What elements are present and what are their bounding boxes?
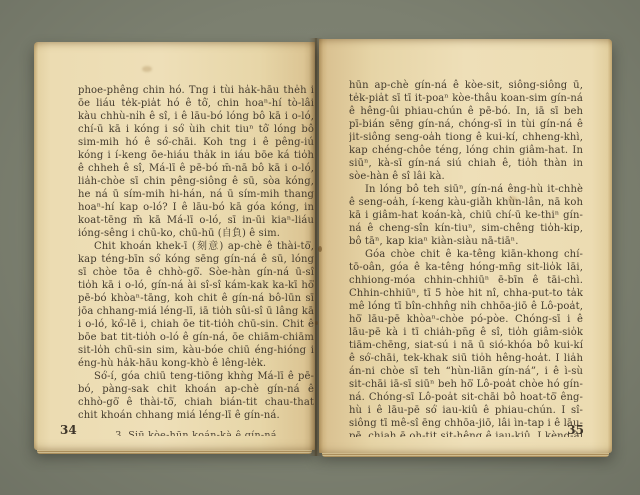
page-right: hūn ap-chè gín-ná ê kòe-sit, siông-siông…	[319, 39, 612, 453]
book-spine	[309, 38, 323, 456]
page-number-left: 34	[60, 423, 77, 437]
page-number-right: 35	[567, 423, 584, 437]
section-heading: 3. Siū kòe-hūn koán-kà ê gín-ná	[78, 429, 314, 436]
right-page-text: hūn ap-chè gín-ná ê kòe-sit, siông-siông…	[349, 79, 583, 437]
paragraph: In lóng bô teh siūⁿ, gín-ná êng-hù it-ch…	[349, 183, 583, 248]
page-left: phoe-phêng chin hó. Tng i tùi ha̍k-hāu t…	[34, 42, 315, 450]
paragraph: Só͘-í, góa chiū teng-tiōng khǹg Má-lī ê …	[78, 370, 314, 422]
paragraph: Góa chòe chit ê ka-têng kiān-khong chí-t…	[349, 248, 583, 437]
paragraph: phoe-phêng chin hó. Tng i tùi ha̍k-hāu t…	[78, 84, 314, 240]
open-book: phoe-phêng chin hó. Tng i tùi ha̍k-hāu t…	[30, 36, 614, 460]
paragraph: Chit khoán khek-ī (刻意) ap-chè ê thài-tō͘…	[78, 240, 314, 370]
book-photograph: phoe-phêng chin hó. Tng i tùi ha̍k-hāu t…	[0, 0, 640, 495]
paragraph: hūn ap-chè gín-ná ê kòe-sit, siông-siông…	[349, 79, 583, 183]
left-page-text: phoe-phêng chin hó. Tng i tùi ha̍k-hāu t…	[78, 84, 314, 436]
